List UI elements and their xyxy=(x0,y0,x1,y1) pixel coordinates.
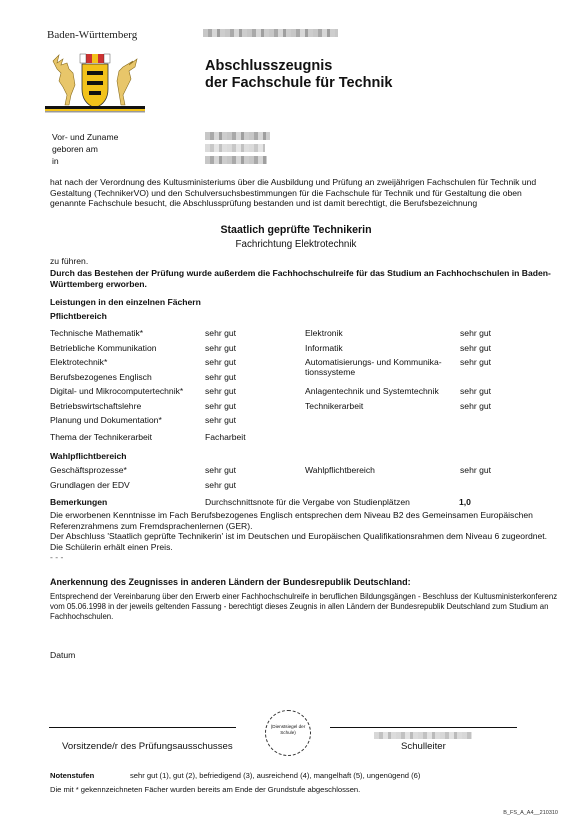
wahl-left-subject: Geschäftsprozesse* xyxy=(50,465,127,476)
name-value-redacted xyxy=(205,132,270,140)
pflicht-right-grade: sehr gut xyxy=(460,386,491,397)
pflicht-right-grade: sehr gut xyxy=(460,343,491,354)
remarks-language-level: Die erworbenen Kenntnisse im Fach Berufs… xyxy=(50,510,560,531)
pflicht-right-grade: sehr gut xyxy=(460,328,491,339)
pflicht-right-subject: Technikerarbeit xyxy=(305,401,363,412)
pflicht-left-grade: sehr gut xyxy=(205,343,236,354)
principal-name-redacted xyxy=(374,732,472,739)
birthplace-label: in xyxy=(52,155,59,167)
pflicht-left-grade: sehr gut xyxy=(205,401,236,412)
pflicht-right-subject: Elektronik xyxy=(305,328,343,339)
school-name-redacted xyxy=(203,29,338,37)
pflicht-left-subject: Betriebliche Kommunikation xyxy=(50,343,157,354)
birthplace-value-redacted xyxy=(205,156,267,164)
degree-title: Staatlich geprüfte Technikerin xyxy=(0,224,582,236)
birthdate-label: geboren am xyxy=(52,143,98,155)
form-code: B_FS_A_A4__210310 xyxy=(503,810,558,816)
state-name: Baden-Württemberg xyxy=(47,29,137,41)
pflicht-title: Pflichtbereich xyxy=(50,311,107,321)
pflicht-left-grade: sehr gut xyxy=(205,372,236,383)
thema-value: Facharbeit xyxy=(205,432,246,443)
left-signature-line xyxy=(49,727,236,728)
pflicht-left-subject: Digital- und Mikrocomputertechnik* xyxy=(50,386,183,397)
pflicht-right-grade: sehr gut xyxy=(460,357,491,368)
pflicht-right-subject: Automatisierungs- und Kommunika-tionssys… xyxy=(305,357,460,377)
date-label: Datum xyxy=(50,650,75,660)
wahl-left-subject: Grundlagen der EDV xyxy=(50,480,130,491)
pflicht-left-grade: sehr gut xyxy=(205,415,236,426)
thema-label: Thema der Technikerarbeit xyxy=(50,432,152,443)
wahl-left-grade: sehr gut xyxy=(205,465,236,476)
wahl-right-grade: sehr gut xyxy=(460,465,491,476)
title-line-1: Abschlusszeugnis xyxy=(205,58,392,75)
official-seal: (Dienstsiegel der Schule) xyxy=(265,710,311,756)
zu-fuehren-text: zu führen. xyxy=(50,256,88,266)
recognition-title: Anerkennung des Zeugnisses in anderen Lä… xyxy=(50,577,411,587)
remarks-prize: Die Schülerin erhält einen Preis. xyxy=(50,542,560,553)
pflicht-left-subject: Betriebswirtschaftslehre xyxy=(50,401,141,412)
pflicht-left-subject: Technische Mathematik* xyxy=(50,328,143,339)
grade-scale-label: Notenstufen xyxy=(50,771,94,780)
right-signature-label: Schulleiter xyxy=(401,741,446,752)
recognition-text: Entsprechend der Vereinbarung über den E… xyxy=(50,592,560,622)
birthdate-value-redacted xyxy=(205,144,265,152)
remarks-text: Die erworbenen Kenntnisse im Fach Berufs… xyxy=(50,510,560,563)
fhr-statement: Durch das Bestehen der Prüfung wurde auß… xyxy=(50,268,560,289)
wahl-left-grade: sehr gut xyxy=(205,480,236,491)
pflicht-left-subject: Planung und Dokumentation* xyxy=(50,415,162,426)
pflicht-right-subject: Informatik xyxy=(305,343,343,354)
coat-of-arms-icon xyxy=(45,51,145,113)
intro-text: hat nach der Verordnung des Kultusminist… xyxy=(50,177,560,209)
remarks-title: Bemerkungen xyxy=(50,497,107,508)
pflicht-left-grade: sehr gut xyxy=(205,328,236,339)
wahl-title: Wahlpflichtbereich xyxy=(50,451,127,462)
left-signature-label: Vorsitzende/r des Prüfungsausschusses xyxy=(62,741,233,752)
remarks-qualification-level: Der Abschluss 'Staatlich geprüfte Techni… xyxy=(50,531,560,542)
pflicht-left-grade: sehr gut xyxy=(205,386,236,397)
title-line-2: der Fachschule für Technik xyxy=(205,75,392,92)
remarks-dashes: - - - xyxy=(50,552,560,563)
average-label: Durchschnittsnote für die Vergabe von St… xyxy=(205,497,410,508)
document-title: Abschlusszeugnis der Fachschule für Tech… xyxy=(205,58,392,92)
right-signature-line xyxy=(330,727,517,728)
average-value: 1,0 xyxy=(459,497,471,508)
pflicht-right-subject: Anlagentechnik und Systemtechnik xyxy=(305,386,439,397)
pflicht-right-grade: sehr gut xyxy=(460,401,491,412)
grade-scale: sehr gut (1), gut (2), befriedigend (3),… xyxy=(130,771,420,780)
degree-field: Fachrichtung Elektrotechnik xyxy=(0,239,582,250)
pflicht-left-subject: Elektrotechnik* xyxy=(50,357,107,368)
pflicht-left-subject: Berufsbezogenes Englisch xyxy=(50,372,152,383)
pflicht-left-grade: sehr gut xyxy=(205,357,236,368)
wahl-right-subject: Wahlpflichtbereich xyxy=(305,465,375,476)
grades-section-title: Leistungen in den einzelnen Fächern xyxy=(50,297,201,307)
name-label: Vor- und Zuname xyxy=(52,131,118,143)
asterisk-note: Die mit * gekennzeichneten Fächer wurden… xyxy=(50,785,360,794)
seal-text: (Dienstsiegel der Schule) xyxy=(271,724,305,735)
